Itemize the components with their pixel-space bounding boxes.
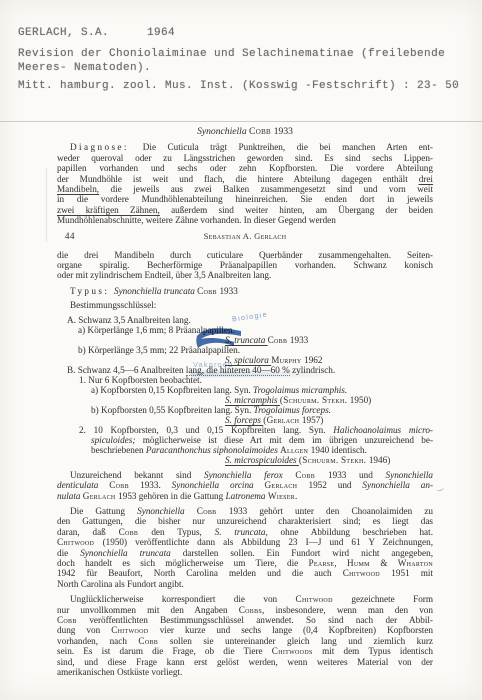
text-segment: darstellen sollen. Ein Fundort wird nich… [183, 548, 433, 558]
text-line: beschriebenen Paracanthonchus siphonolai… [91, 445, 433, 455]
text-segment: in die vordere Mundhöhlenabteilung hinei… [57, 194, 433, 204]
text-segment: drei [419, 174, 433, 184]
text-segment: Unzureichend bekannt sind [70, 470, 204, 480]
text-segment: Synonchiella truncata [114, 286, 197, 296]
text-segment: 1946) [369, 455, 390, 465]
text-segment: Pearse [308, 558, 334, 568]
text-segment: veröffentlichten Bestimmungsschlüssel an… [89, 615, 433, 625]
text-segment: A. Schwanz 3,5 Analbreiten lang. [67, 315, 191, 325]
text-segment: Chitwood [111, 625, 160, 635]
text-line: dung von Chitwood vier kurze und sechs l… [57, 625, 433, 635]
diagnose-paragraph: Diagnose: Die Cuticula trägt Punktreihen… [57, 142, 433, 225]
text-segment: Synonchiella [137, 506, 197, 516]
text-segment: daran, daß [57, 527, 119, 537]
text-segment: Humm [347, 558, 380, 568]
text-segment: Allgen [280, 445, 311, 455]
text-segment: die [57, 548, 80, 558]
text-segment: zwei kräftigen Zähnen, [57, 205, 160, 215]
catalog-year: 1964 [147, 27, 175, 39]
text-segment: Die Cuticula trägt Punktreihen, die bei … [143, 142, 433, 152]
text-line: S. forceps (Gerlach 1957) [225, 415, 433, 425]
chitwood-discussion-paragraph: Unglücklicherweise korrespondiert die vo… [57, 594, 433, 677]
text-segment: 1933 gehört unter den Choanolaimiden zu [229, 506, 433, 516]
text-segment: 1952 und [308, 480, 362, 490]
text-segment: Gerlach [265, 480, 309, 490]
text-segment: Chitwood [57, 537, 103, 547]
text-segment: Gerlach [83, 491, 118, 501]
text-line: North Carolina als Fundort angibt. [57, 579, 433, 589]
text-line: Unzureichend bekannt sind Synonchiella f… [57, 470, 433, 480]
text-segment: sind, und diese Frage kann erst gelöst w… [57, 657, 433, 667]
text-segment: Cobb [249, 126, 274, 137]
text-segment: , ohne Abbildung beschrieben hat. [265, 527, 433, 537]
text-segment: die drei Mandibeln durch cuticulare Quer… [57, 250, 433, 260]
text-segment: (1950) veröffentlichte dann als Abbildun… [103, 537, 433, 547]
catalog-entry: GERLACH, S.A.1964 Revision der Choniolai… [18, 26, 474, 93]
identification-key: A. Schwanz 3,5 Analbreiten lang.a) Körpe… [57, 315, 433, 465]
text-segment: denticulata [57, 480, 109, 490]
text-segment: doch handelt es sich möglicherweise um T… [57, 558, 308, 568]
text-segment: Synonchiella an- [362, 480, 433, 490]
text-line: der Mundhöhle ist weit und flach, die hi… [57, 174, 433, 184]
text-segment: Synonchiella orcina [172, 480, 265, 490]
text-segment: den Typus, [151, 527, 214, 537]
scan-scratch-mark [46, 168, 47, 242]
text-segment: 1957) [302, 415, 323, 425]
text-line: S. microspiculoides (Schuurm. Stekh. 194… [225, 455, 433, 465]
text-segment: Wharton [398, 558, 433, 568]
text-line: die drei Mandibeln durch cuticulare Quer… [57, 250, 433, 260]
text-segment: Synonchiella ferox [204, 470, 295, 480]
text-segment: Cobb [197, 286, 219, 296]
text-line: Cobb veröffentlichten Bestimmungsschlüss… [57, 615, 433, 625]
text-segment: Chitwood [343, 568, 392, 578]
text-line: A. Schwanz 3,5 Analbreiten lang. [67, 315, 433, 325]
text-segment: Diagnose: [70, 142, 143, 152]
running-header-author: Sebastian A. Gerlach [204, 231, 287, 241]
text-segment: Cobbs [239, 605, 262, 615]
text-line: b) Körperlänge 3,5 mm; 22 Präanalpapille… [78, 345, 433, 355]
text-line: spiculoides; möglicherweise ist diese Ar… [91, 435, 433, 445]
text-line: 2. 10 Kopfborsten, 0,3 und 0,15 Kopfbrei… [79, 425, 433, 435]
text-segment: Murphy [271, 355, 304, 365]
text-segment: S. forceps [225, 415, 263, 425]
text-segment: nulata [57, 491, 83, 501]
text-segment: Cobb [138, 636, 169, 646]
text-segment: 1. Nur 6 Kopfborsten beobachtet. [79, 375, 202, 385]
text-line: nur unvollkommen mit den Angaben Cobbs, … [57, 605, 433, 615]
text-segment: , [334, 558, 347, 568]
text-segment: Cobb [119, 527, 152, 537]
text-line: S. spiculora Murphy 1962 [225, 355, 433, 365]
text-segment: außerdem sind weiter hinten, am Übergang… [160, 205, 433, 215]
text-segment: 1933 [274, 126, 293, 137]
text-segment: 1951 mit [391, 568, 433, 578]
text-segment: Mundhöhlenabschnitte, weitere Zähne vorh… [57, 215, 336, 225]
text-segment: S. truncata [225, 335, 268, 345]
text-segment: S. micramphis [225, 395, 280, 405]
text-segment: Mandibeln, [57, 184, 99, 194]
scan-divider-line [0, 121, 482, 122]
text-segment: 1933 [219, 286, 237, 296]
text-segment: beschriebenen [91, 445, 146, 455]
key-title: Bestimmungsschlüssel: [57, 300, 433, 310]
text-segment: Die Gattung [70, 506, 137, 516]
text-segment: Trogolaimus micramphis. [253, 385, 347, 395]
text-segment: Cobb [197, 506, 229, 516]
running-header: 44 Sebastian A. Gerlach [57, 231, 433, 242]
text-line: papillen vorhanden und sechs oder zehn K… [57, 163, 433, 173]
text-segment: 1942 für Beaufort, North Carolina melden… [57, 568, 343, 578]
text-segment: amerikanischen Ostküste vorliegt. [57, 667, 182, 677]
text-segment: 1962 [304, 355, 322, 365]
text-line: daran, daß Cobb den Typus, S. truncata, … [57, 527, 433, 537]
text-segment: S. microspiculoides [225, 455, 299, 465]
text-segment: , insbesondere, wenn man den von [262, 605, 433, 615]
text-segment: B. Schwanz 4,5—6 Analbreiten [67, 365, 186, 375]
text-segment: S. spiculora [225, 355, 271, 365]
text-line: den Gattungen, die bisher nur unzureiche… [57, 516, 433, 526]
text-line: Chitwood (1950) veröffentlichte dann als… [57, 537, 433, 547]
text-segment: a) Kopfborsten 0,15 Kopfbreiten lang. Sy… [91, 385, 253, 395]
text-segment: (Schuurm. Stekh. [280, 395, 350, 405]
text-segment: Typus: [70, 286, 114, 296]
text-segment: (Gerlach [263, 415, 302, 425]
text-line: Mundhöhlenabschnitte, weitere Zähne vorh… [57, 215, 433, 225]
text-segment: vier kurze und sechs lange (0,4 Kopfbrei… [160, 625, 433, 635]
text-segment: Latronema [226, 491, 268, 501]
text-segment: a) Körperlänge 1,6 mm; 8 Präanalpapillen… [78, 325, 235, 335]
text-line: b) Kopfborsten 0,55 Kopfbreiten lang. Sy… [91, 405, 433, 415]
text-segment: nur unvollkommen mit den Angaben [57, 605, 239, 615]
text-segment: 1940 identisch. [311, 445, 367, 455]
text-segment: gezeichnete Form [351, 594, 433, 604]
text-line: a) Kopfborsten 0,15 Kopfbreiten lang. Sy… [91, 385, 433, 395]
text-line: weder queroval oder zu Längsstrichen gew… [57, 153, 433, 163]
text-segment: organe spiralig. Becherförmige Präanalpa… [57, 260, 433, 270]
text-segment: 2. 10 Kopfborsten, 0,3 und 0,15 Kopfbrei… [79, 425, 333, 435]
text-segment: 1933. [140, 480, 172, 490]
text-line: Diagnose: Die Cuticula trägt Punktreihen… [57, 142, 433, 152]
text-segment: Halichoanolaimus micro- [333, 425, 433, 435]
text-segment: mit dem Typus identisch [322, 646, 433, 656]
text-line: sein. Es ist darum die Frage, ob die Tie… [57, 646, 433, 656]
text-segment: b) Kopfborsten 0,55 Kopfbreiten lang. Sy… [91, 405, 254, 415]
text-segment: weder queroval oder zu Längsstrichen gew… [57, 153, 433, 163]
text-line: denticulata Cobb 1933. Synonchiella orci… [57, 480, 433, 490]
text-segment: Bestimmungsschlüssel: [70, 300, 156, 310]
text-line: nulata Gerlach 1953 gehören in die Gattu… [57, 491, 433, 501]
text-segment: North Carolina als Fundort angibt. [57, 579, 184, 589]
text-segment: Wieser [268, 491, 295, 501]
text-line: doch handelt es sich möglicherweise um T… [57, 558, 433, 568]
text-segment: zylindrisch. [290, 365, 335, 375]
text-segment: . [295, 491, 297, 501]
text-line: S. micramphis (Schuurm. Stekh. 1950) [225, 395, 433, 405]
text-segment: Synonchiella [197, 126, 249, 137]
text-line: 1. Nur 6 Kopfborsten beobachtet. [79, 375, 433, 385]
genus-discussion-paragraph: Die Gattung Synonchiella Cobb 1933 gehör… [57, 506, 433, 589]
text-line: Die Gattung Synonchiella Cobb 1933 gehör… [57, 506, 433, 516]
text-line: Unglücklicherweise korrespondiert die vo… [57, 594, 433, 604]
text-segment: Chitwoods [272, 646, 322, 656]
text-line: Mandibeln, die jeweils aus zwei Balken z… [57, 184, 433, 194]
text-line: a) Körperlänge 1,6 mm; 8 Präanalpapillen… [78, 325, 433, 335]
text-segment: möglicherweise ist diese Art mit dem im … [135, 435, 433, 445]
mandibles-paragraph: die drei Mandibeln durch cuticulare Quer… [57, 250, 433, 281]
text-line: B. Schwanz 4,5—6 Analbreiten lang, die h… [67, 365, 433, 375]
pencil-mark [435, 485, 444, 492]
text-segment: Cobb [57, 615, 89, 625]
text-segment: vorhanden, nach [57, 636, 138, 646]
text-segment: der Mundhöhle ist weit und flach, die hi… [57, 174, 419, 184]
text-segment: die jeweils aus zwei Balken zusammengese… [99, 184, 433, 194]
text-line: 1942 für Beaufort, North Carolina melden… [57, 568, 433, 578]
text-line: oder mit zylindrischem Endteil, über 3,5… [57, 270, 433, 280]
catalog-author-line: GERLACH, S.A.1964 [18, 26, 474, 40]
article-body: Synonchiella Cobb 1933 Diagnose: Die Cut… [57, 127, 433, 677]
text-segment: sollen sie untereinander gleich lang und… [170, 636, 433, 646]
text-segment: oder mit zylindrischem Endteil, über 3,5… [57, 270, 271, 280]
scanned-document-page: GERLACH, S.A.1964 Revision der Choniolai… [0, 0, 482, 700]
text-segment: 1933 und [328, 470, 386, 480]
text-segment: sein. Es ist darum die Frage, ob die Tie… [57, 646, 272, 656]
page-number: 44 [65, 231, 75, 241]
text-line: amerikanischen Ostküste vorliegt. [57, 667, 433, 677]
typus-line: Typus: Synonchiella truncata Cobb 1933 [57, 286, 433, 296]
text-segment: Cobb [268, 335, 290, 345]
catalog-title-line-1: Revision der Choniolaiminae und Selachin… [18, 47, 474, 61]
genus-heading: Synonchiella Cobb 1933 [57, 127, 433, 137]
text-segment: & [380, 558, 397, 568]
text-segment: S. truncata [215, 527, 266, 537]
text-segment: Trogolaimus forceps. [254, 405, 331, 415]
text-line: organe spiralig. Becherförmige Präanalpa… [57, 260, 433, 270]
text-segment: Cobb [295, 470, 328, 480]
text-line: S. truncata Cobb 1933 [225, 335, 433, 345]
catalog-title-line-2: Meeres- Nematoden). [18, 61, 474, 75]
text-segment: spiculoides; [91, 435, 135, 445]
text-segment: Cobb [109, 480, 140, 490]
text-segment: Sebastian A. Gerlach [204, 231, 287, 241]
text-segment: 1950) [350, 395, 371, 405]
text-segment: b) Körperlänge 3,5 mm; 22 Präanalpapille… [78, 345, 240, 355]
text-segment: papillen vorhanden und sechs oder zehn K… [57, 163, 433, 173]
text-segment: Chitwood [296, 594, 352, 604]
insufficiently-known-paragraph: Unzureichend bekannt sind Synonchiella f… [57, 470, 433, 501]
text-segment: 1953 gehören in die Gattung [118, 491, 225, 501]
text-segment: (Schuurm. Stekh. [299, 455, 369, 465]
text-line: zwei kräftigen Zähnen, außerdem sind wei… [57, 205, 433, 215]
text-segment: den Gattungen, die bisher nur unzureiche… [57, 516, 433, 526]
text-line: die Synonchiella truncata darstellen sol… [57, 548, 433, 558]
text-segment: Paracanthonchus siphonolaimoides [146, 445, 280, 455]
text-line: sind, und diese Frage kann erst gelöst w… [57, 657, 433, 667]
text-segment: Synonchiella [386, 470, 433, 480]
text-segment: Synonchiella truncata [80, 548, 183, 558]
text-segment: Unglücklicherweise korrespondiert die vo… [70, 594, 296, 604]
catalog-source-line: Mitt. hamburg. zool. Mus. Inst. (Kosswig… [18, 79, 474, 93]
text-line: in die vordere Mundhöhlenabteilung hinei… [57, 194, 433, 204]
text-segment: dung von [57, 625, 111, 635]
text-line: vorhanden, nach Cobb sollen sie unterein… [57, 636, 433, 646]
catalog-author: GERLACH, S.A. [18, 27, 109, 39]
text-segment: 1933 [290, 335, 308, 345]
